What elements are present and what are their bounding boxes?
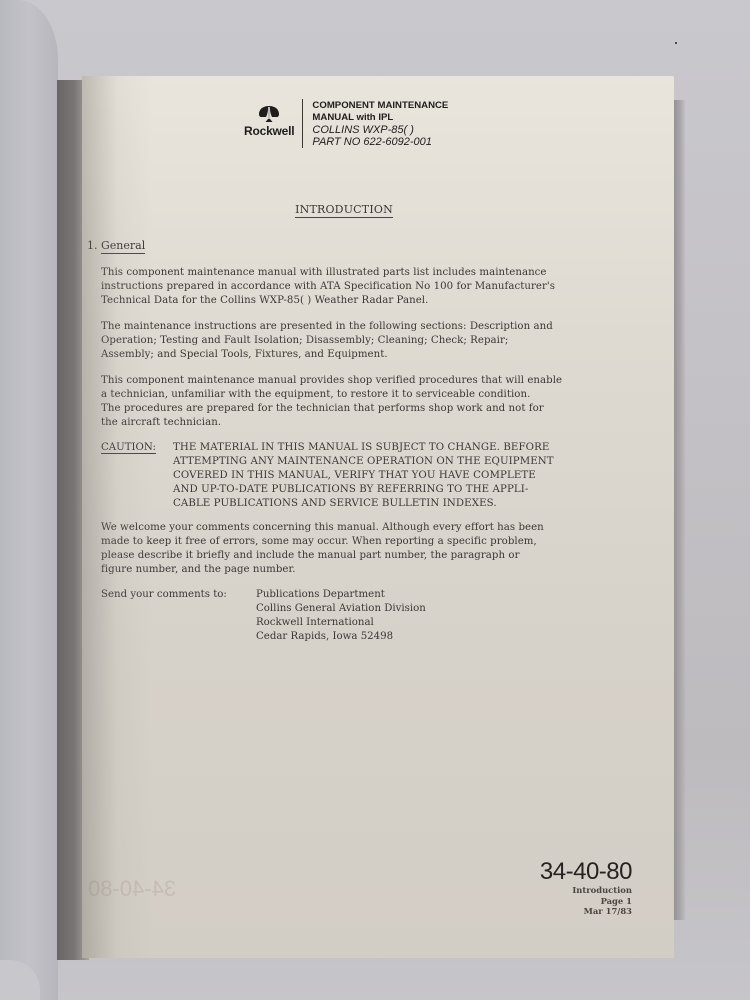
dust-speck <box>675 42 677 44</box>
page-footer: 34-40-80 Introduction Page 1 Mar 17/83 <box>540 859 632 917</box>
text-line: The procedures are prepared for the tech… <box>101 402 631 416</box>
address-line: Rockwell International <box>256 616 426 630</box>
text-line: the aircraft technician. <box>101 416 631 430</box>
text-line: Operation; Testing and Fault Isolation; … <box>101 334 631 348</box>
text-line: figure number, and the page number. <box>101 563 631 577</box>
send-comments-label: Send your comments to: <box>101 588 256 644</box>
text-line: AND UP-TO-DATE PUBLICATIONS BY REFERRING… <box>173 483 554 497</box>
paragraph-scope: This component maintenance manual with i… <box>101 266 631 308</box>
text-line: COVERED IN THIS MANUAL, VERIFY THAT YOU … <box>173 469 554 483</box>
text-line: made to keep it free of errors, some may… <box>101 535 631 549</box>
page-title: INTRODUCTION <box>82 203 606 216</box>
address-line: Cedar Rapids, Iowa 52498 <box>256 630 426 644</box>
text-line: The maintenance instructions are present… <box>101 320 631 334</box>
brand-block: Rockwell <box>244 99 302 148</box>
rockwell-logo-icon <box>258 105 280 123</box>
address-line: Publications Department <box>256 588 426 602</box>
header-line: COLLINS WXP-85( ) <box>312 124 448 136</box>
paragraph-procedures: This component maintenance manual provid… <box>101 374 631 430</box>
footer-date: Mar 17/83 <box>540 906 632 917</box>
text-line: please describe it briefly and include t… <box>101 549 631 563</box>
caution-label: CAUTION: <box>101 441 173 511</box>
caution-label-text: CAUTION: <box>101 442 156 454</box>
text-line: This component maintenance manual provid… <box>101 374 631 388</box>
show-through-text: 34-40-80 <box>88 876 176 902</box>
page-title-text: INTRODUCTION <box>295 203 393 218</box>
mailing-address: Publications Department Collins General … <box>256 588 426 644</box>
page-edge-shadow <box>672 100 686 920</box>
text-line: ATTEMPTING ANY MAINTENANCE OPERATION ON … <box>173 455 554 469</box>
caution-notice: CAUTION: THE MATERIAL IN THIS MANUAL IS … <box>101 441 554 511</box>
paragraph-comments: We welcome your comments concerning this… <box>101 521 631 577</box>
ata-chapter-code: 34-40-80 <box>540 859 632 885</box>
caution-body: THE MATERIAL IN THIS MANUAL IS SUBJECT T… <box>173 441 554 511</box>
header-line: COMPONENT MAINTENANCE <box>312 100 448 112</box>
section-heading: 1. General <box>87 239 145 252</box>
text-line: We welcome your comments concerning this… <box>101 521 631 535</box>
text-line: instructions prepared in accordance with… <box>101 280 631 294</box>
adjacent-page <box>0 0 58 1000</box>
header-line: MANUAL with IPL <box>312 112 448 124</box>
header-divider <box>302 99 303 148</box>
brand-name: Rockwell <box>244 124 294 138</box>
footer-section: Introduction <box>540 885 632 896</box>
header-title-block: COMPONENT MAINTENANCE MANUAL with IPL CO… <box>312 99 448 148</box>
header-line: PART NO 622-6092-001 <box>312 136 448 148</box>
footer-page-number: Page 1 <box>540 896 632 907</box>
text-line: a technician, unfamiliar with the equipm… <box>101 388 631 402</box>
text-line: This component maintenance manual with i… <box>101 266 631 280</box>
text-line: THE MATERIAL IN THIS MANUAL IS SUBJECT T… <box>173 441 554 455</box>
paragraph-sections: The maintenance instructions are present… <box>101 320 631 362</box>
document-header: Rockwell COMPONENT MAINTENANCE MANUAL wi… <box>244 99 448 148</box>
section-label: General <box>101 239 145 254</box>
send-comments-block: Send your comments to: Publications Depa… <box>101 588 426 644</box>
text-line: Technical Data for the Collins WXP-85( )… <box>101 294 631 308</box>
manual-page: 34-40-80 Rockwell COMPONENT MAINTENANCE … <box>82 76 674 958</box>
text-line: Assembly; and Special Tools, Fixtures, a… <box>101 348 631 362</box>
address-line: Collins General Aviation Division <box>256 602 426 616</box>
section-number: 1. <box>87 239 98 252</box>
text-line: CABLE PUBLICATIONS AND SERVICE BULLETIN … <box>173 497 554 511</box>
